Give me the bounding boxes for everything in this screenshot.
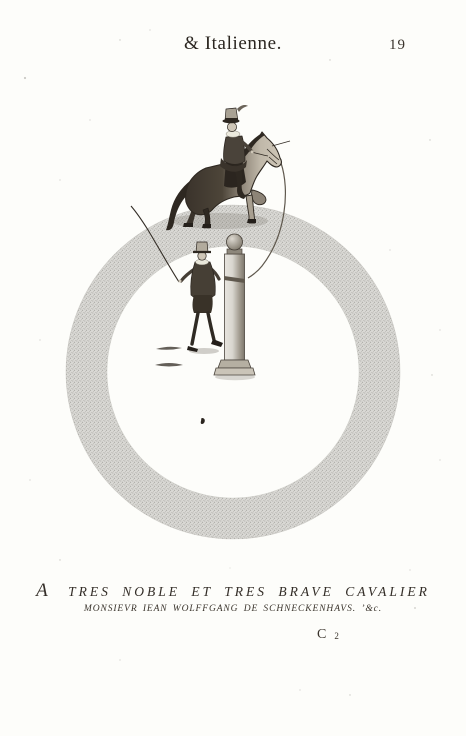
book-page: & Italienne. 19 bbox=[0, 0, 466, 736]
trainer-coat bbox=[191, 262, 216, 300]
trainer-hat-crown bbox=[196, 242, 208, 252]
pillar-shaft bbox=[225, 254, 245, 360]
dedication-line-2: MONSIEVR IEAN WOLFFGANG DE SCHNECKENHAVS… bbox=[0, 604, 466, 614]
rider-hand bbox=[250, 150, 253, 153]
ground-marks bbox=[155, 347, 183, 367]
trainer-hand bbox=[179, 280, 182, 283]
pillar-plinth bbox=[214, 368, 255, 375]
signature-letter: C bbox=[317, 627, 326, 642]
center-pillar bbox=[214, 234, 255, 380]
signature-number: 2 bbox=[334, 631, 339, 641]
rider-head bbox=[227, 122, 236, 131]
rider-hat-brim bbox=[223, 119, 240, 124]
dedication: A TRES NOBLE ET TRES BRAVE CAVALIER MONS… bbox=[0, 580, 466, 614]
cavesson-spike bbox=[272, 141, 290, 146]
engraving-illustration bbox=[0, 0, 466, 736]
trainer-leg-right bbox=[208, 313, 214, 340]
trainer-breeches bbox=[193, 295, 213, 313]
rider-hat-plume bbox=[237, 105, 248, 112]
dedication-line-1: A TRES NOBLE ET TRES BRAVE CAVALIER bbox=[0, 580, 466, 602]
pillar-ball-finial bbox=[227, 234, 243, 250]
ink-mark bbox=[201, 418, 205, 424]
signature-mark: C2 bbox=[317, 627, 339, 643]
pillar-base bbox=[218, 360, 251, 368]
horse-front-leg-raised bbox=[252, 190, 266, 205]
trainer-leg-left bbox=[192, 313, 198, 344]
